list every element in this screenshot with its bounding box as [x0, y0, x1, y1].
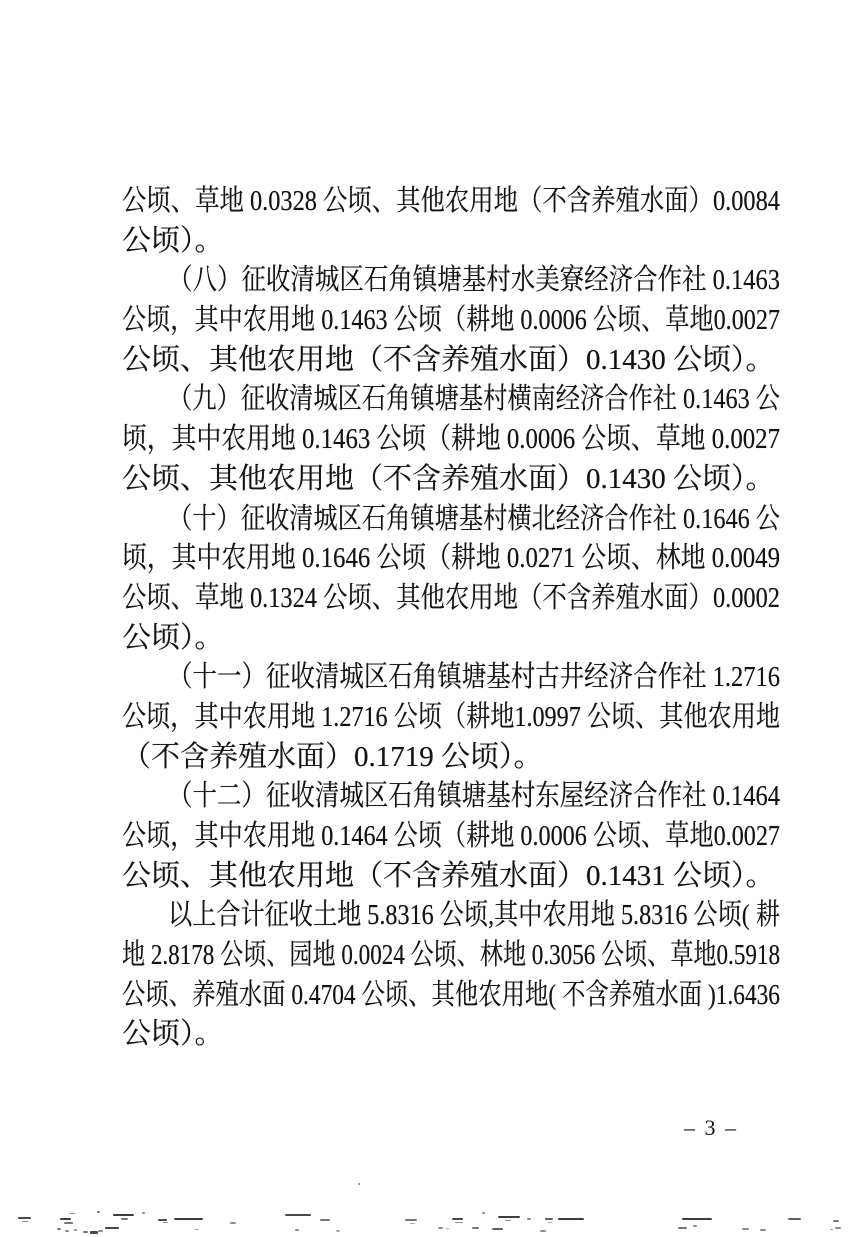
page-number: – 3 –	[676, 1113, 746, 1143]
text-line: （八）征收清城区石角镇塘基村水美寮经济合作社 0.1463	[122, 261, 780, 301]
scan-speck	[22, 1221, 28, 1222]
text-line-content: 公顷、养殖水面 0.4704 公顷、其他农用地( 不含养殖水面 )1.6436	[122, 976, 780, 1016]
text-line: 公顷、养殖水面 0.4704 公顷、其他农用地( 不含养殖水面 )1.6436	[122, 976, 780, 1016]
scan-speck	[97, 1211, 100, 1213]
scan-speck	[452, 1218, 463, 1220]
scan-speck	[336, 1230, 340, 1232]
scan-speck	[105, 1227, 119, 1229]
text-line: 公顷、其他农用地（不含养殖水面）0.1431 公顷）。	[122, 857, 780, 897]
scan-speck	[285, 1214, 311, 1216]
scan-speck	[742, 1228, 749, 1230]
scan-speck	[472, 1227, 479, 1229]
text-line: 公顷、草地 0.1324 公顷、其他农用地（不含养殖水面）0.0002	[122, 579, 780, 619]
scan-speck	[60, 1218, 71, 1220]
text-line: （十）征收清城区石角镇塘基村横北经济合作社 0.1646 公	[122, 500, 780, 540]
text-line: 以上合计征收土地 5.8316 公顷,其中农用地 5.8316 公顷( 耕	[122, 896, 780, 936]
text-line: 公顷、其他农用地（不含养殖水面）0.1430 公顷）。	[122, 341, 780, 381]
scan-speck	[121, 1218, 128, 1220]
scan-speck	[174, 1218, 203, 1220]
scan-speck	[498, 1216, 520, 1218]
scan-speck	[830, 1229, 833, 1230]
text-line: 公顷）。	[122, 619, 780, 659]
text-line-content: 公顷、其他农用地（不含养殖水面）0.1431 公顷）。	[122, 857, 775, 897]
text-line: 公顷、草地 0.0328 公顷、其他农用地（不含养殖水面）0.0084	[122, 182, 780, 222]
text-line-content: 公顷）。	[122, 1015, 224, 1055]
scan-speck	[98, 1230, 103, 1232]
scan-speck	[163, 1222, 168, 1223]
scan-speck	[142, 1212, 145, 1214]
scan-speck	[410, 1223, 415, 1224]
scan-speck	[788, 1218, 801, 1220]
text-line-content: 公顷，其中农用地 0.1463 公顷（耕地 0.0006 公顷、草地0.0027	[122, 301, 780, 341]
text-line-content: 以上合计征收土地 5.8316 公顷,其中农用地 5.8316 公顷( 耕	[168, 896, 780, 936]
scan-speck	[405, 1219, 417, 1221]
text-line: 地 2.8178 公顷、园地 0.0024 公顷、林地 0.3056 公顷、草地…	[122, 936, 780, 976]
scan-speck	[158, 1219, 167, 1221]
scanned-document-page: 公顷、草地 0.0328 公顷、其他农用地（不含养殖水面）0.0084公顷）。（…	[0, 0, 850, 1237]
scan-speck	[540, 1230, 546, 1232]
text-line-content: 公顷，其中农用地 1.2716 公顷（耕地1.0997 公顷、其他农用地	[122, 698, 780, 738]
scan-speck	[505, 1220, 511, 1221]
scan-speck	[548, 1222, 552, 1223]
scan-speck	[682, 1218, 712, 1220]
scan-speck	[446, 1228, 449, 1229]
scan-speck	[74, 1229, 77, 1231]
scan-speck	[65, 1230, 69, 1232]
text-line-content: 公顷、草地 0.1324 公顷、其他农用地（不含养殖水面）0.0002	[122, 579, 780, 619]
scan-speck	[678, 1227, 687, 1229]
text-line-content: 公顷）。	[122, 222, 224, 262]
scan-speck	[64, 1222, 73, 1224]
scan-speck	[693, 1225, 697, 1227]
text-line-content: 公顷，其中农用地 0.1464 公顷（耕地 0.0006 公顷、草地0.0027	[122, 817, 780, 857]
text-line-content: 顷，其中农用地 0.1463 公顷（耕地 0.0006 公顷、草地 0.0027	[122, 420, 780, 460]
text-line: 公顷，其中农用地 1.2716 公顷（耕地1.0997 公顷、其他农用地	[122, 698, 780, 738]
scan-speck	[835, 1227, 841, 1229]
text-line: （不含养殖水面）0.1719 公顷）。	[122, 738, 780, 778]
text-line-content: （九）征收清城区石角镇塘基村横南经济合作社 0.1463 公	[168, 380, 780, 420]
text-line: 公顷）。	[122, 222, 780, 262]
text-line-content: 公顷）。	[122, 619, 224, 659]
text-line-content: 地 2.8178 公顷、园地 0.0024 公顷、林地 0.3056 公顷、草地…	[122, 936, 780, 976]
scan-speck	[760, 1229, 766, 1231]
text-line: （十二）征收清城区石角镇塘基村东屋经济合作社 0.1464	[122, 777, 780, 817]
scan-speck	[558, 1218, 584, 1220]
scan-speck	[482, 1212, 485, 1214]
scan-speck	[320, 1219, 330, 1221]
scan-speck	[18, 1217, 31, 1219]
document-body: 公顷、草地 0.0328 公顷、其他农用地（不含养殖水面）0.0084公顷）。（…	[122, 182, 780, 1055]
scan-speck	[83, 1231, 88, 1233]
text-line: 公顷）。	[122, 1015, 780, 1055]
scan-speck	[527, 1218, 531, 1220]
text-line-content: 公顷、其他农用地（不含养殖水面）0.1430 公顷）。	[122, 341, 775, 381]
text-line-content: 顷，其中农用地 0.1646 公顷（耕地 0.0271 公顷、林地 0.0049	[122, 539, 780, 579]
scan-speck	[438, 1227, 443, 1229]
scan-speck	[455, 1222, 463, 1223]
scan-speck	[70, 1213, 75, 1214]
text-line: 顷，其中农用地 0.1646 公顷（耕地 0.0271 公顷、林地 0.0049	[122, 539, 780, 579]
text-line: （九）征收清城区石角镇塘基村横南经济合作社 0.1463 公	[122, 380, 780, 420]
text-line: 公顷，其中农用地 0.1464 公顷（耕地 0.0006 公顷、草地0.0027	[122, 817, 780, 857]
scan-speck	[57, 1228, 61, 1230]
text-line-content: （十二）征收清城区石角镇塘基村东屋经济合作社 0.1464	[168, 777, 780, 817]
scan-speck	[195, 1229, 199, 1230]
scan-speck	[545, 1218, 553, 1220]
text-line: 公顷、其他农用地（不含养殖水面）0.1430 公顷）。	[122, 460, 780, 500]
text-line-content: （十一）征收清城区石角镇塘基村古井经济合作社 1.2716	[168, 658, 780, 698]
text-line: 公顷，其中农用地 0.1463 公顷（耕地 0.0006 公顷、草地0.0027	[122, 301, 780, 341]
scan-speck	[230, 1222, 236, 1224]
text-line-content: 公顷、其他农用地（不含养殖水面）0.1430 公顷）。	[122, 460, 775, 500]
text-line-content: （十）征收清城区石角镇塘基村横北经济合作社 0.1646 公	[168, 500, 780, 540]
text-line-content: （八）征收清城区石角镇塘基村水美寮经济合作社 0.1463	[168, 261, 780, 301]
text-line: 顷，其中农用地 0.1463 公顷（耕地 0.0006 公顷、草地 0.0027	[122, 420, 780, 460]
text-line-content: （不含养殖水面）0.1719 公顷）。	[122, 738, 543, 778]
text-line: （十一）征收清城区石角镇塘基村古井经济合作社 1.2716	[122, 658, 780, 698]
text-line-content: 公顷、草地 0.0328 公顷、其他农用地（不含养殖水面）0.0084	[122, 182, 780, 222]
scan-speck	[113, 1214, 134, 1216]
scan-speck	[358, 1183, 360, 1185]
scan-speck	[295, 1229, 299, 1231]
scan-speck	[833, 1220, 839, 1222]
scan-speck	[492, 1228, 503, 1230]
scan-speck	[90, 1231, 98, 1234]
